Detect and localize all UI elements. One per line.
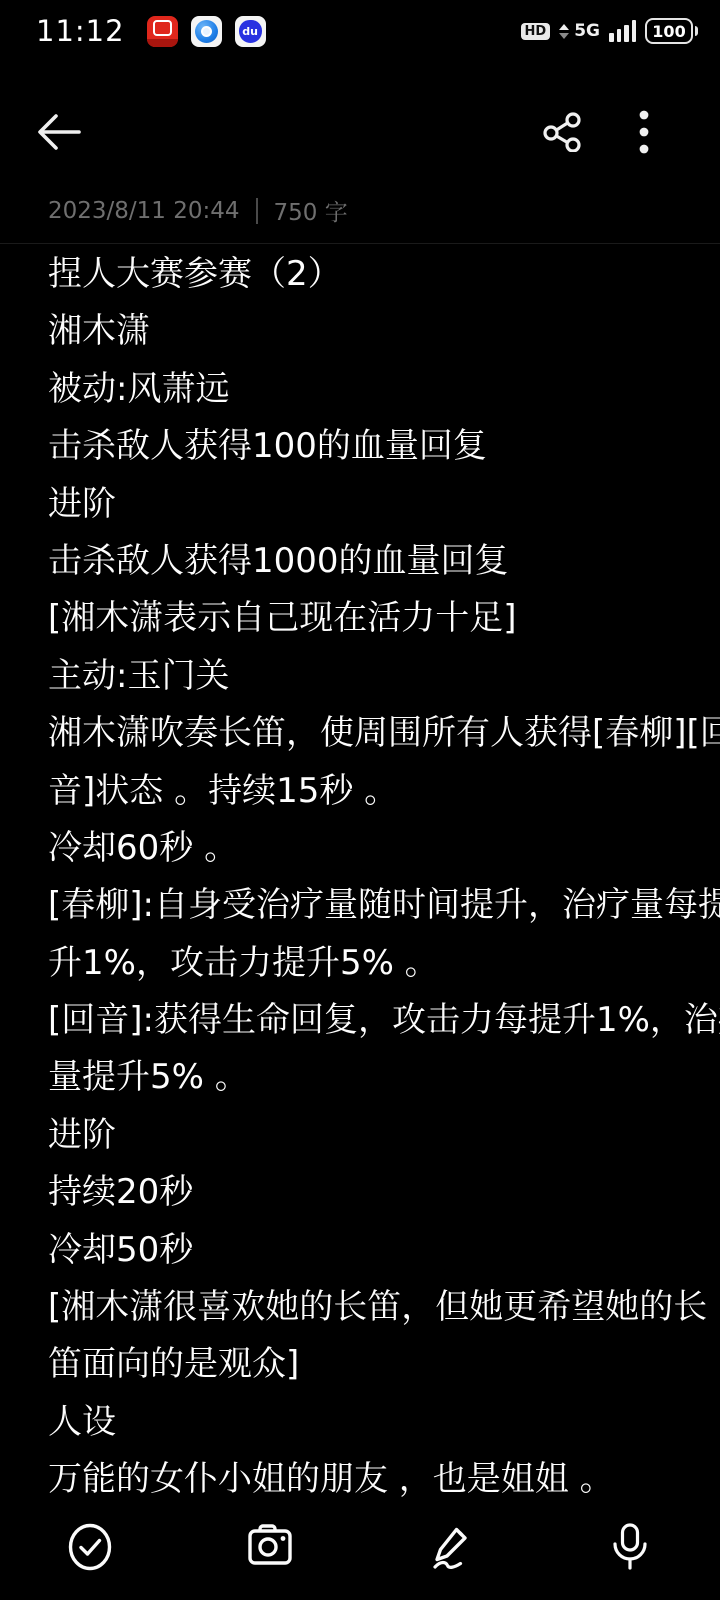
note-date: 2023/8/11 20:44 [48, 198, 240, 224]
data-activity-icon [559, 24, 569, 39]
back-button[interactable] [30, 100, 86, 164]
notification-icons: du [147, 16, 266, 47]
baidu-app-icon: du [235, 16, 266, 47]
note-line: 万能的女仆小姐的朋友 ，也是姐姐 。 [48, 1451, 674, 1505]
note-line: 冷却50秒 [48, 1222, 674, 1279]
note-line: 笛面向的是观众] [48, 1336, 674, 1393]
note-line: 升1%，攻击力提升5% 。 [48, 935, 674, 992]
clock: 11:12 [36, 14, 125, 48]
overflow-menu-button[interactable] [616, 100, 672, 164]
back-arrow-icon [35, 113, 81, 151]
doodle-button[interactable] [360, 1504, 540, 1600]
nav-bar [0, 100, 720, 164]
note-line: 持续20秒 [48, 1164, 674, 1221]
status-indicators: HD 5G 100 [521, 18, 698, 44]
signal-strength-icon [609, 20, 636, 42]
battery-level: 100 [645, 18, 693, 44]
camera-icon [246, 1522, 294, 1568]
network-type-label: 5G [574, 21, 600, 41]
note-line: 冷却60秒 。 [48, 820, 674, 877]
status-bar: 11:12 du HD 5G 100 [0, 0, 720, 56]
kebab-menu-icon [639, 110, 649, 154]
note-line: 击杀敌人获得1000的血量回复 [48, 533, 674, 590]
meta-divider [256, 198, 258, 224]
note-line: 主动:玉门关 [48, 648, 674, 705]
camera-button[interactable] [180, 1504, 360, 1600]
battery-indicator: 100 [645, 18, 698, 44]
note-line: [湘木潇很喜欢她的长笛，但她更希望她的长 [48, 1279, 674, 1336]
note-line: 击杀敌人获得100的血量回复 [48, 418, 674, 475]
note-body[interactable]: 捏人大赛参赛（2）湘木潇被动:风萧远击杀敌人获得100的血量回复进阶击杀敌人获得… [0, 243, 720, 1505]
note-line: 量提升5% 。 [48, 1049, 674, 1106]
note-line: [回音]:获得生命回复，攻击力每提升1%，治疗 [48, 992, 674, 1049]
todo-checklist-button[interactable] [0, 1504, 180, 1600]
microphone-icon [609, 1522, 651, 1572]
pen-icon [425, 1522, 475, 1572]
word-count: 750 字 [274, 194, 348, 227]
note-meta: 2023/8/11 20:44 750 字 [48, 194, 348, 227]
red-reader-app-icon [147, 16, 178, 47]
bottom-toolbar [0, 1504, 720, 1600]
blue-browser-app-icon [191, 16, 222, 47]
note-line: 湘木潇 [48, 303, 674, 360]
share-button[interactable] [534, 100, 590, 164]
note-line: 捏人大赛参赛（2） [48, 246, 674, 303]
hd-volte-icon: HD [521, 23, 551, 40]
note-line: 人设 [48, 1394, 674, 1451]
note-line: 进阶 [48, 1107, 674, 1164]
voice-input-button[interactable] [540, 1504, 720, 1600]
notes-app-screen: 11:12 du HD 5G 100 [0, 0, 720, 1600]
share-icon [543, 112, 581, 152]
note-line: [湘木潇表示自己现在活力十足] [48, 590, 674, 647]
note-line: 被动:风萧远 [48, 361, 674, 418]
check-circle-icon [67, 1522, 113, 1572]
note-line: 进阶 [48, 476, 674, 533]
note-line: 湘木潇吹奏长笛，使周围所有人获得[春柳][回 [48, 705, 674, 762]
note-line: 音]状态 。持续15秒 。 [48, 763, 674, 820]
note-line: [春柳]:自身受治疗量随时间提升，治疗量每提 [48, 877, 674, 934]
